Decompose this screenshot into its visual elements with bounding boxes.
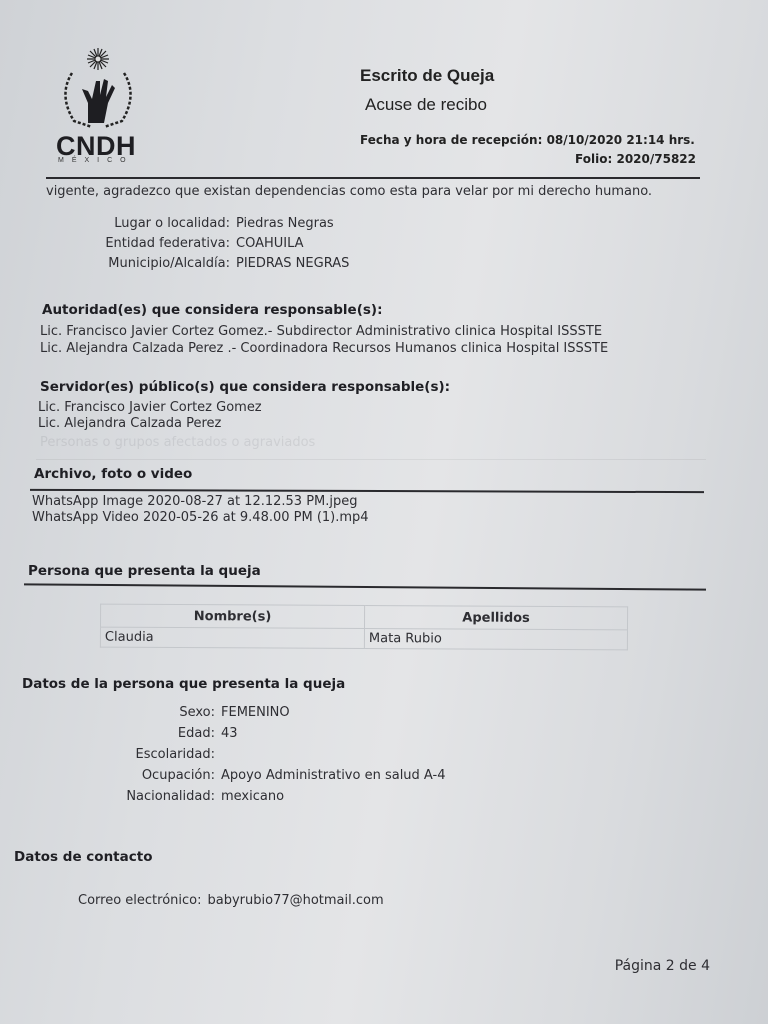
file-item[interactable]: WhatsApp Video 2020-05-26 at 9.48.00 PM … bbox=[32, 510, 369, 525]
bleed-through-line bbox=[36, 459, 706, 460]
document-subtitle: Acuse de recibo bbox=[365, 95, 487, 115]
municipality-label: Municipio/Alcaldía: bbox=[80, 256, 230, 271]
location-value: Piedras Negras bbox=[230, 216, 334, 231]
datos-persona-heading: Datos de la persona que presenta la quej… bbox=[22, 676, 345, 692]
persona-table: Nombre(s) Apellidos Claudia Mata Rubio bbox=[100, 604, 628, 651]
contacto-heading: Datos de contacto bbox=[14, 849, 152, 865]
escolaridad-label: Escolaridad: bbox=[100, 747, 215, 762]
municipality-value: PIEDRAS NEGRAS bbox=[230, 256, 349, 271]
persona-heading: Persona que presenta la queja bbox=[28, 563, 261, 579]
edad-value: 43 bbox=[215, 726, 238, 741]
reception-date-label: Fecha y hora de recepción: bbox=[360, 133, 542, 147]
datos-persona-fields: Sexo:FEMENINO Edad:43 Escolaridad: Ocupa… bbox=[100, 705, 446, 804]
autoridad-item: Lic. Francisco Javier Cortez Gomez.- Sub… bbox=[40, 324, 602, 339]
ocupacion-label: Ocupación: bbox=[100, 768, 215, 783]
intro-text: vigente, agradezco que existan dependenc… bbox=[46, 184, 652, 199]
servidor-item: Lic. Alejandra Calzada Perez bbox=[38, 416, 221, 431]
state-label: Entidad federativa: bbox=[80, 236, 230, 251]
header-divider bbox=[46, 177, 700, 179]
folio-value: 2020/75822 bbox=[616, 152, 696, 166]
document-title: Escrito de Queja bbox=[360, 66, 494, 86]
servidor-item: Lic. Francisco Javier Cortez Gomez bbox=[38, 400, 262, 415]
table-header-row: Nombre(s) Apellidos bbox=[100, 604, 627, 630]
email-value[interactable]: babyrubio77@hotmail.com bbox=[202, 893, 384, 908]
persona-divider bbox=[24, 583, 706, 590]
email-label: Correo electrónico: bbox=[78, 893, 202, 908]
archivos-heading: Archivo, foto o video bbox=[34, 466, 192, 482]
autoridades-heading: Autoridad(es) que considera responsable(… bbox=[42, 302, 382, 318]
email-row: Correo electrónico: babyrubio77@hotmail.… bbox=[78, 893, 384, 908]
sexo-label: Sexo: bbox=[100, 705, 215, 720]
sexo-value: FEMENINO bbox=[215, 705, 290, 720]
nacionalidad-label: Nacionalidad: bbox=[100, 789, 215, 804]
column-header-apellidos: Apellidos bbox=[364, 606, 627, 630]
edad-label: Edad: bbox=[100, 726, 215, 741]
page-number: Página 2 de 4 bbox=[615, 958, 710, 974]
ocupacion-value: Apoyo Administrativo en salud A-4 bbox=[215, 768, 446, 783]
folio: Folio: 2020/75822 bbox=[575, 152, 696, 166]
file-item[interactable]: WhatsApp Image 2020-08-27 at 12.12.53 PM… bbox=[32, 494, 358, 509]
column-header-nombres: Nombre(s) bbox=[100, 604, 364, 628]
servidores-heading: Servidor(es) público(s) que considera re… bbox=[40, 379, 450, 395]
state-value: COAHUILA bbox=[230, 236, 304, 251]
nacionalidad-value: mexicano bbox=[215, 789, 284, 804]
bleed-through-text: Personas o grupos afectados o agraviados bbox=[40, 435, 315, 450]
reception-date-value: 08/10/2020 21:14 hrs. bbox=[547, 133, 695, 147]
archivos-divider bbox=[30, 489, 704, 493]
location-label: Lugar o localidad: bbox=[80, 216, 230, 231]
cell-nombre: Claudia bbox=[100, 627, 364, 648]
location-block: Lugar o localidad:Piedras Negras Entidad… bbox=[80, 216, 349, 271]
cell-apellidos: Mata Rubio bbox=[364, 629, 627, 650]
escolaridad-value bbox=[215, 747, 221, 762]
autoridad-item: Lic. Alejandra Calzada Perez .- Coordina… bbox=[40, 341, 608, 356]
reception-date: Fecha y hora de recepción: 08/10/2020 21… bbox=[360, 133, 695, 147]
logo-country: MÉXICO bbox=[58, 157, 134, 164]
table-row: Claudia Mata Rubio bbox=[100, 627, 627, 650]
folio-label: Folio: bbox=[575, 152, 612, 166]
